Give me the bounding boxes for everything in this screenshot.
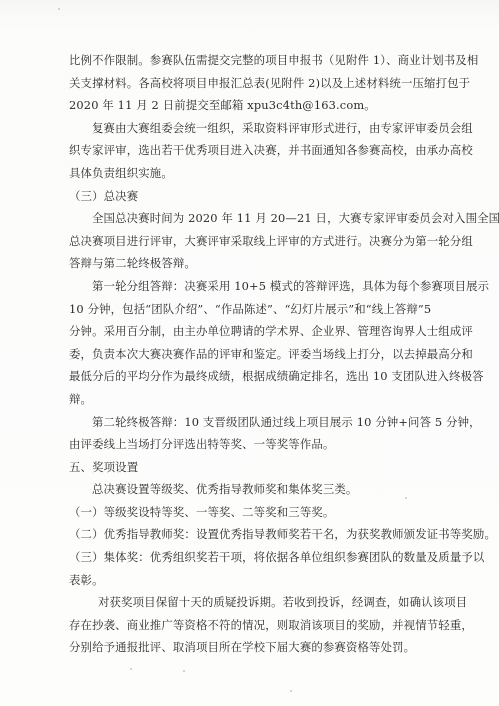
text-line: 最低分后的平均分作为最终成绩，根据成绩确定排名，选出 10 支团队进入终极答 [69, 365, 429, 388]
text-line: 织专家评审，选出若干优秀项目进入决赛，并书面通知各参赛高校，由承办高校 [69, 139, 429, 162]
scanned-page: 比例不作限制。参赛队伍需提交完整的项目申报书（见附件 1）、商业计划书及相 关支… [0, 0, 499, 706]
text-line: 表彰。 [69, 569, 429, 592]
paragraph-start: 复赛由大赛组委会统一组织，采取资料评审形式进行，由专家评审委员会组 [69, 117, 429, 140]
text-line: 由评委线上当场打分评选出特等奖、一等奖等作品。 [69, 433, 429, 456]
text-line: 分钟。采用百分制，由主办单位聘请的学术界、企业界、管理咨询界人士组成评 [69, 320, 429, 343]
scan-speck [58, 8, 60, 10]
paragraph-start: 对获奖项目保留十天的质疑投诉期。若收到投诉，经调查，如确认该项目 [69, 591, 429, 614]
award-item-collective: （三）集体奖：优秀组织奖若干项，将依据各单位组织参赛团队的数量及质量予以 [69, 546, 429, 569]
text-line: 存在抄袭、商业推广等资格不符的情况，则取消该项目的奖励，并视情节轻重， [69, 614, 429, 637]
text-line: 总决赛项目进行评审，大赛评审采取线上评审的方式进行。决赛分为第一轮分组 [69, 230, 429, 253]
paragraph-start: 第二轮终极答辩：10 支晋级团队通过线上项目展示 10 分钟+问答 5 分钟， [69, 411, 429, 434]
text-line: 2020 年 11 月 2 日前提交至邮箱 xpu3c4th@163.com。 [69, 94, 429, 117]
text-line: 分别给予通报批评、取消项目所在学校下届大赛的参赛资格等处罚。 [69, 636, 429, 659]
text-line: 关支撑材料。各高校将项目申报汇总表(见附件 2)以及上述材料统一压缩打包于 [69, 72, 429, 95]
text-line: 10 分钟，包括“团队介绍”、“作品陈述”、“幻灯片展示”和“线上答辩”5 [69, 298, 429, 321]
scan-speck [183, 670, 185, 672]
award-item-teacher: （二）优秀指导教师奖：设置优秀指导教师奖若干名，为获奖教师颁发证书等奖励。 [69, 523, 429, 546]
paragraph-start: 总决赛设置等级奖、优秀指导教师奖和集体奖三类。 [69, 478, 429, 501]
text-line: 具体负责组织实施。 [69, 162, 429, 185]
section-subheading-final: （三）总决赛 [69, 185, 429, 208]
paragraph-start: 全国总决赛时间为 2020 年 11 月 20—21 日，大赛专家评审委员会对入… [69, 207, 429, 230]
section-heading-awards: 五、奖项设置 [69, 456, 429, 479]
paragraph-start: 第一轮分组答辩：决赛采用 10+5 模式的答辩评选，具体为每个参赛项目展示 [69, 275, 429, 298]
scan-speck [290, 690, 292, 692]
text-line: 比例不作限制。参赛队伍需提交完整的项目申报书（见附件 1）、商业计划书及相 [69, 49, 429, 72]
award-item-grade: （一）等级奖设特等奖、一等奖、二等奖和三等奖。 [69, 501, 429, 524]
scan-speck [130, 668, 132, 670]
text-line: 委，负责本次大赛决赛作品的评审和鉴定。评委当场线上打分，以去掉最高分和 [69, 343, 429, 366]
text-line: 答辩与第二轮终极答辩。 [69, 252, 429, 275]
document-body: 比例不作限制。参赛队伍需提交完整的项目申报书（见附件 1）、商业计划书及相 关支… [69, 49, 429, 659]
text-line: 辩。 [69, 388, 429, 411]
